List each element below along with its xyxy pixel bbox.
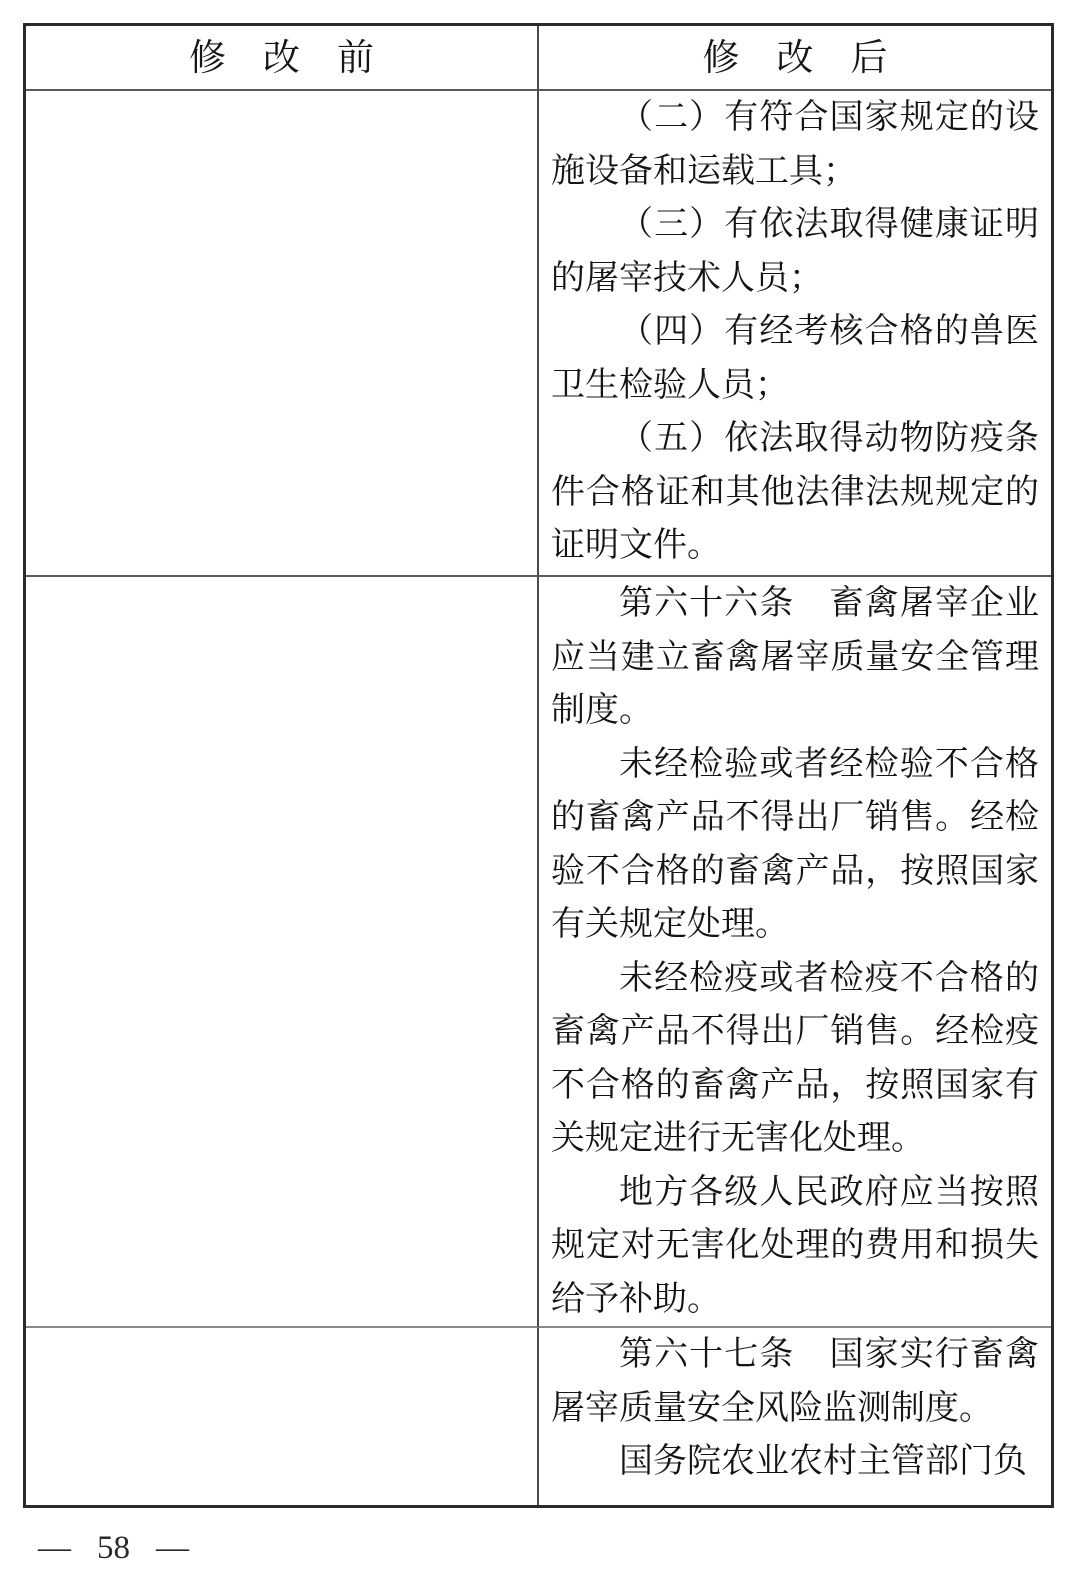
page-number-value: 58 (97, 1532, 130, 1565)
paragraph-item-3: （三）有依法取得健康证明的屠宰技术人员； (539, 198, 1051, 305)
page-number: — 58 — (38, 1532, 189, 1565)
document-page: 修 改 前 修 改 后 （二）有符合国家规定的设施设备和运载工具； （三）有依法… (0, 0, 1080, 1596)
header-before: 修 改 前 (26, 26, 539, 91)
paragraph-item-2: （二）有符合国家规定的设施设备和运载工具； (539, 91, 1051, 198)
page-number-dash-right: — (156, 1532, 189, 1565)
paragraph-item-4: （四）有经考核合格的兽医卫生检验人员； (539, 305, 1051, 412)
row1-cell-after: （二）有符合国家规定的设施设备和运载工具； （三）有依法取得健康证明的屠宰技术人… (539, 91, 1051, 577)
comparison-table: 修 改 前 修 改 后 （二）有符合国家规定的设施设备和运载工具； （三）有依法… (23, 23, 1054, 1508)
paragraph-item-5: （五）依法取得动物防疫条件合格证和其他法律法规规定的证明文件。 (539, 412, 1051, 573)
page-number-dash-left: — (38, 1532, 71, 1565)
paragraph-state-council: 国务院农业农村主管部门负 (539, 1435, 1051, 1489)
row3-cell-after: 第六十七条 国家实行畜禽屠宰质量安全风险监测制度。 国务院农业农村主管部门负 (539, 1328, 1051, 1505)
paragraph-article-67: 第六十七条 国家实行畜禽屠宰质量安全风险监测制度。 (539, 1328, 1051, 1435)
paragraph-subsidy: 地方各级人民政府应当按照规定对无害化处理的费用和损失给予补助。 (539, 1166, 1051, 1327)
paragraph-article-66: 第六十六条 畜禽屠宰企业应当建立畜禽屠宰质量安全管理制度。 (539, 577, 1051, 738)
row2-cell-before (26, 577, 539, 1328)
paragraph-quarantine: 未经检疫或者检疫不合格的畜禽产品不得出厂销售。经检疫不合格的畜禽产品，按照国家有… (539, 952, 1051, 1166)
header-after: 修 改 后 (539, 26, 1051, 91)
row1-cell-before (26, 91, 539, 577)
paragraph-inspection: 未经检验或者经检验不合格的畜禽产品不得出厂销售。经检验不合格的畜禽产品，按照国家… (539, 738, 1051, 952)
row2-cell-after: 第六十六条 畜禽屠宰企业应当建立畜禽屠宰质量安全管理制度。 未经检验或者经检验不… (539, 577, 1051, 1328)
row3-cell-before (26, 1328, 539, 1505)
